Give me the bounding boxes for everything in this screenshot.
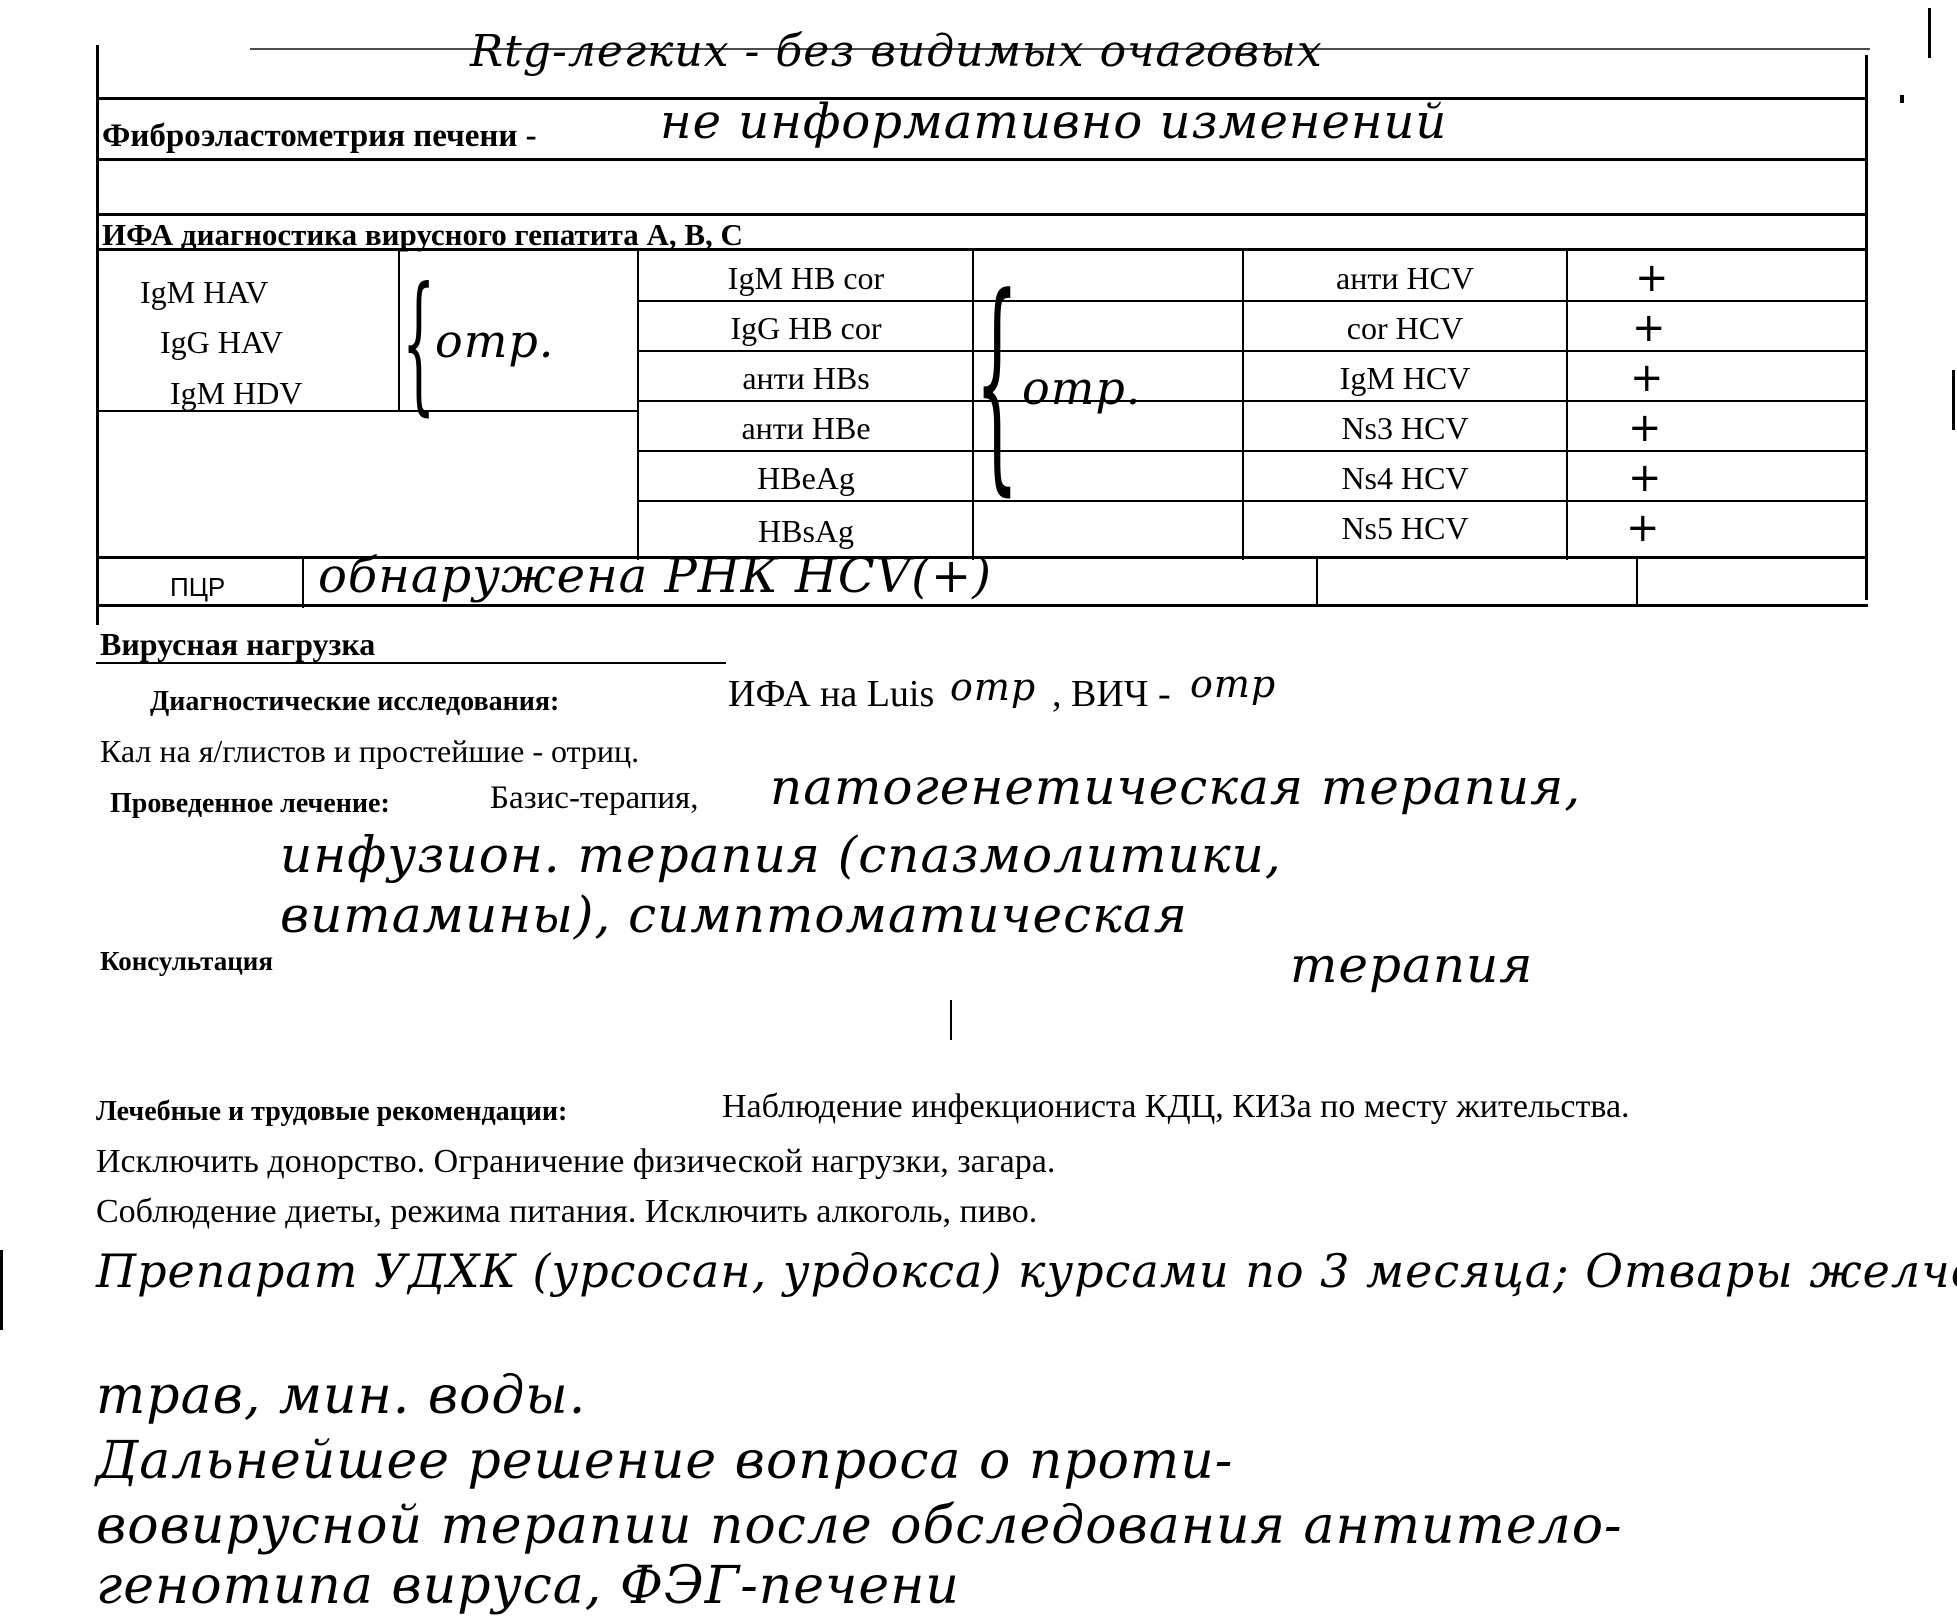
scan-speck (1900, 95, 1904, 103)
viral-load-underline (96, 662, 726, 664)
marker-igm-hav: IgM HAV (140, 272, 320, 312)
col-divider (972, 250, 974, 560)
row-divider (637, 400, 1868, 402)
hav-brace: { (402, 268, 435, 418)
luis-handwritten-result: отр (950, 668, 1036, 706)
marker-anti-hbe: анти HBe (640, 407, 972, 449)
diagnostics-label: Диагностические исследования: (150, 688, 559, 716)
scan-speck (0, 1250, 3, 1330)
form-left-border (96, 45, 99, 625)
recommendation-handwritten-line-4: вовирусной терапии после обследования ан… (96, 1500, 1623, 1552)
scan-speck (1952, 370, 1955, 430)
pcr-col-divider (302, 556, 304, 608)
result-cor-hcv: + (1632, 308, 1666, 348)
treatment-handwritten-line-3: витамины), симптоматическая (280, 890, 1188, 940)
result-anti-hcv: + (1635, 258, 1669, 298)
scan-speck (950, 1000, 952, 1040)
result-ns5-hcv: + (1626, 508, 1660, 548)
recommendation-handwritten-line-5: генотипа вируса, ФЭГ-печени (96, 1560, 960, 1612)
hav-hdv-handwritten-result: отр. (435, 318, 554, 364)
fibroelastometry-label: Фиброэластометрия печени - (102, 120, 537, 153)
recommendation-handwritten-line-3: Дальнейшее решение вопроса о проти- (96, 1435, 1233, 1487)
treatment-handwritten-line-4: терапия (1290, 940, 1533, 990)
viral-load-label: Вирусная нагрузка (100, 628, 375, 660)
row-divider (637, 450, 1868, 452)
form-right-border (1865, 55, 1868, 600)
row-divider (96, 158, 1868, 161)
recommendations-label: Лечебные и трудовые рекомендации: (96, 1098, 567, 1126)
col-divider (398, 250, 400, 410)
recommendation-line-2: Исключить донорство. Ограничение физичес… (96, 1145, 1055, 1179)
pcr-handwritten-value: обнаружена РНК HCV(+) (318, 552, 992, 600)
row-divider (96, 213, 1868, 216)
col-divider (637, 250, 639, 560)
pcr-label: ПЦР (170, 572, 225, 603)
marker-ns5-hcv: Ns5 HCV (1244, 507, 1566, 549)
treatment-handwritten-line-2: инфузион. терапия (спазмолитики, (280, 830, 1282, 880)
marker-igg-hb-cor: IgG HB cor (640, 307, 972, 349)
result-ns3-hcv: + (1628, 408, 1662, 448)
marker-ns4-hcv: Ns4 HCV (1244, 457, 1566, 499)
fibroelastometry-handwritten-value: не информативно изменений (660, 98, 1447, 146)
row-divider (637, 500, 1868, 502)
recommendation-line-3: Соблюдение диеты, режима питания. Исключ… (96, 1195, 1037, 1229)
luis-text: ИФА на Luis (728, 675, 934, 713)
marker-igm-hdv: IgM HDV (170, 373, 350, 413)
ifa-section-title: ИФА диагностика вирусного гепатита А, В,… (102, 219, 743, 250)
recommendation-handwritten-line-2: трав, мин. воды. (96, 1370, 586, 1422)
col-divider (1566, 250, 1568, 560)
marker-anti-hbs: анти HBs (640, 357, 972, 399)
stool-test-result: Кал на я/глистов и простейшие - отриц. (100, 735, 639, 767)
pcr-bottom-rule (96, 604, 1868, 607)
scan-speck (1928, 8, 1931, 58)
pcr-col-divider (1636, 556, 1638, 604)
marker-hbsag: HBsAg (640, 510, 972, 552)
recommendation-line-1: Наблюдение инфекциониста КДЦ, КИЗа по ме… (722, 1090, 1630, 1124)
row-divider (637, 350, 1868, 352)
marker-igm-hcv: IgM HCV (1244, 357, 1566, 399)
marker-cor-hcv: cor HCV (1244, 307, 1566, 349)
hb-brace: { (975, 268, 1019, 498)
treatment-handwritten-line-1: патогенетическая терапия, (770, 762, 1581, 812)
marker-igm-hb-cor: IgM HB cor (640, 257, 972, 299)
row-divider (637, 300, 1868, 302)
marker-anti-hcv: анти HCV (1244, 257, 1566, 299)
consultation-label: Консультация (100, 948, 273, 975)
rtg-handwritten-note: Rtg-легких - без видимых очаговых (470, 30, 1323, 74)
recommendation-handwritten-line-1: Препарат УДХК (урсосан, урдокса) курсами… (96, 1248, 1957, 1294)
marker-hbeag: HBeAg (640, 457, 972, 499)
marker-ns3-hcv: Ns3 HCV (1244, 407, 1566, 449)
pcr-col-divider (1316, 556, 1318, 604)
treatment-printed-value: Базис-терапия, (490, 782, 698, 815)
marker-igg-hav: IgG HAV (160, 322, 340, 362)
hiv-handwritten-result: отр (1190, 665, 1276, 703)
result-ns4-hcv: + (1628, 458, 1662, 498)
hb-handwritten-result: отр. (1022, 365, 1141, 411)
result-igm-hcv: + (1630, 358, 1664, 398)
treatment-label: Проведенное лечение: (110, 790, 390, 818)
hiv-text: , ВИЧ - (1052, 675, 1171, 713)
